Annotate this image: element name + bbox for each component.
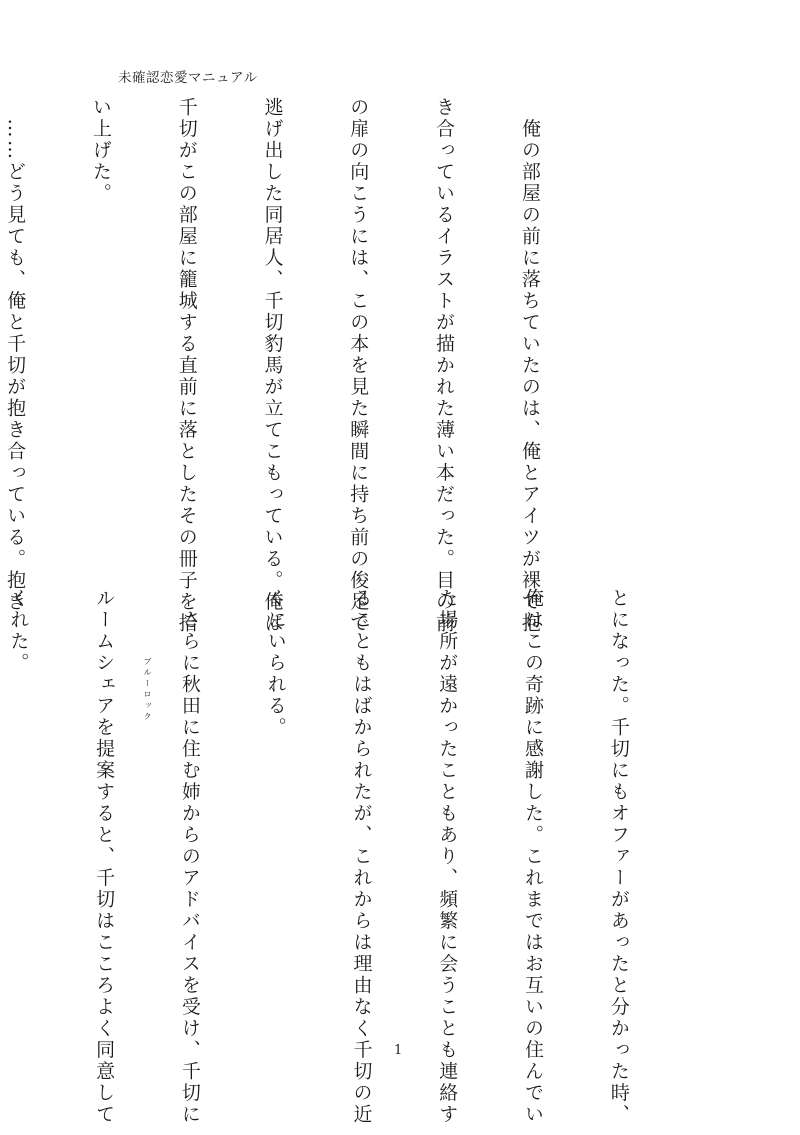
- text-column: くにいられる。: [261, 588, 290, 1028]
- text-column: 千切がこの部屋に籠城する直前に落としたその冊子を拾: [172, 97, 201, 537]
- text-column: き合っているイラストが描かれた薄い本だった。目の前: [429, 97, 458, 537]
- text-segment: 、千切豹馬が立てこもっている。俺は: [261, 269, 283, 635]
- text-column: い上げた。: [86, 97, 115, 537]
- page-number: 1: [394, 1043, 402, 1058]
- ruby-annotation: アイツ: [518, 235, 800, 271]
- text-column: くれた。: [4, 588, 33, 1028]
- text-block-bottom: とになった。千切にもオファーがあったと分かった時、 俺はこの奇跡に感謝した。これ…: [0, 588, 690, 1028]
- text-column-with-ruby: 逃げ出した同居人、千切豹馬が立てこもっている。俺は: [258, 97, 287, 537]
- text-column: とになった。千切にもオファーがあったと分かった時、: [604, 588, 633, 1028]
- text-column: ルームシェアを提案すると、千切はこころよく同意して: [90, 588, 119, 1028]
- text-segment: 逃げ出した同居人: [261, 97, 283, 269]
- text-column: 俺の部屋の前に落ちていたのは、俺とアイツが裸で抱: [515, 97, 544, 537]
- text-column: 俺はこの奇跡に感謝した。これまではお互いの住んでい: [518, 588, 547, 1028]
- text-column: さらに秋田に住む姉からのアドバイスを受け、千切に: [175, 588, 204, 1028]
- running-header: 未確認恋愛マニュアル: [118, 66, 257, 86]
- text-column: の扉の向こうには、この本を見た瞬間に持ち前の俊足で: [344, 97, 373, 537]
- text-column: ることもはばかられたが、これからは理由なく千切の近: [347, 588, 376, 1028]
- ruby-annotation: ブルーロック: [143, 657, 152, 723]
- text-block-top: 俺の部屋の前に落ちていたのは、俺とアイツが裸で抱 き合っているイラストが描かれた…: [0, 97, 601, 537]
- text-column: た場所が遠かったこともあり、頻繁に会うことも連絡す: [433, 588, 462, 1028]
- text-column: ……どう見ても、俺と千切が抱き合っている。抱き: [1, 97, 30, 537]
